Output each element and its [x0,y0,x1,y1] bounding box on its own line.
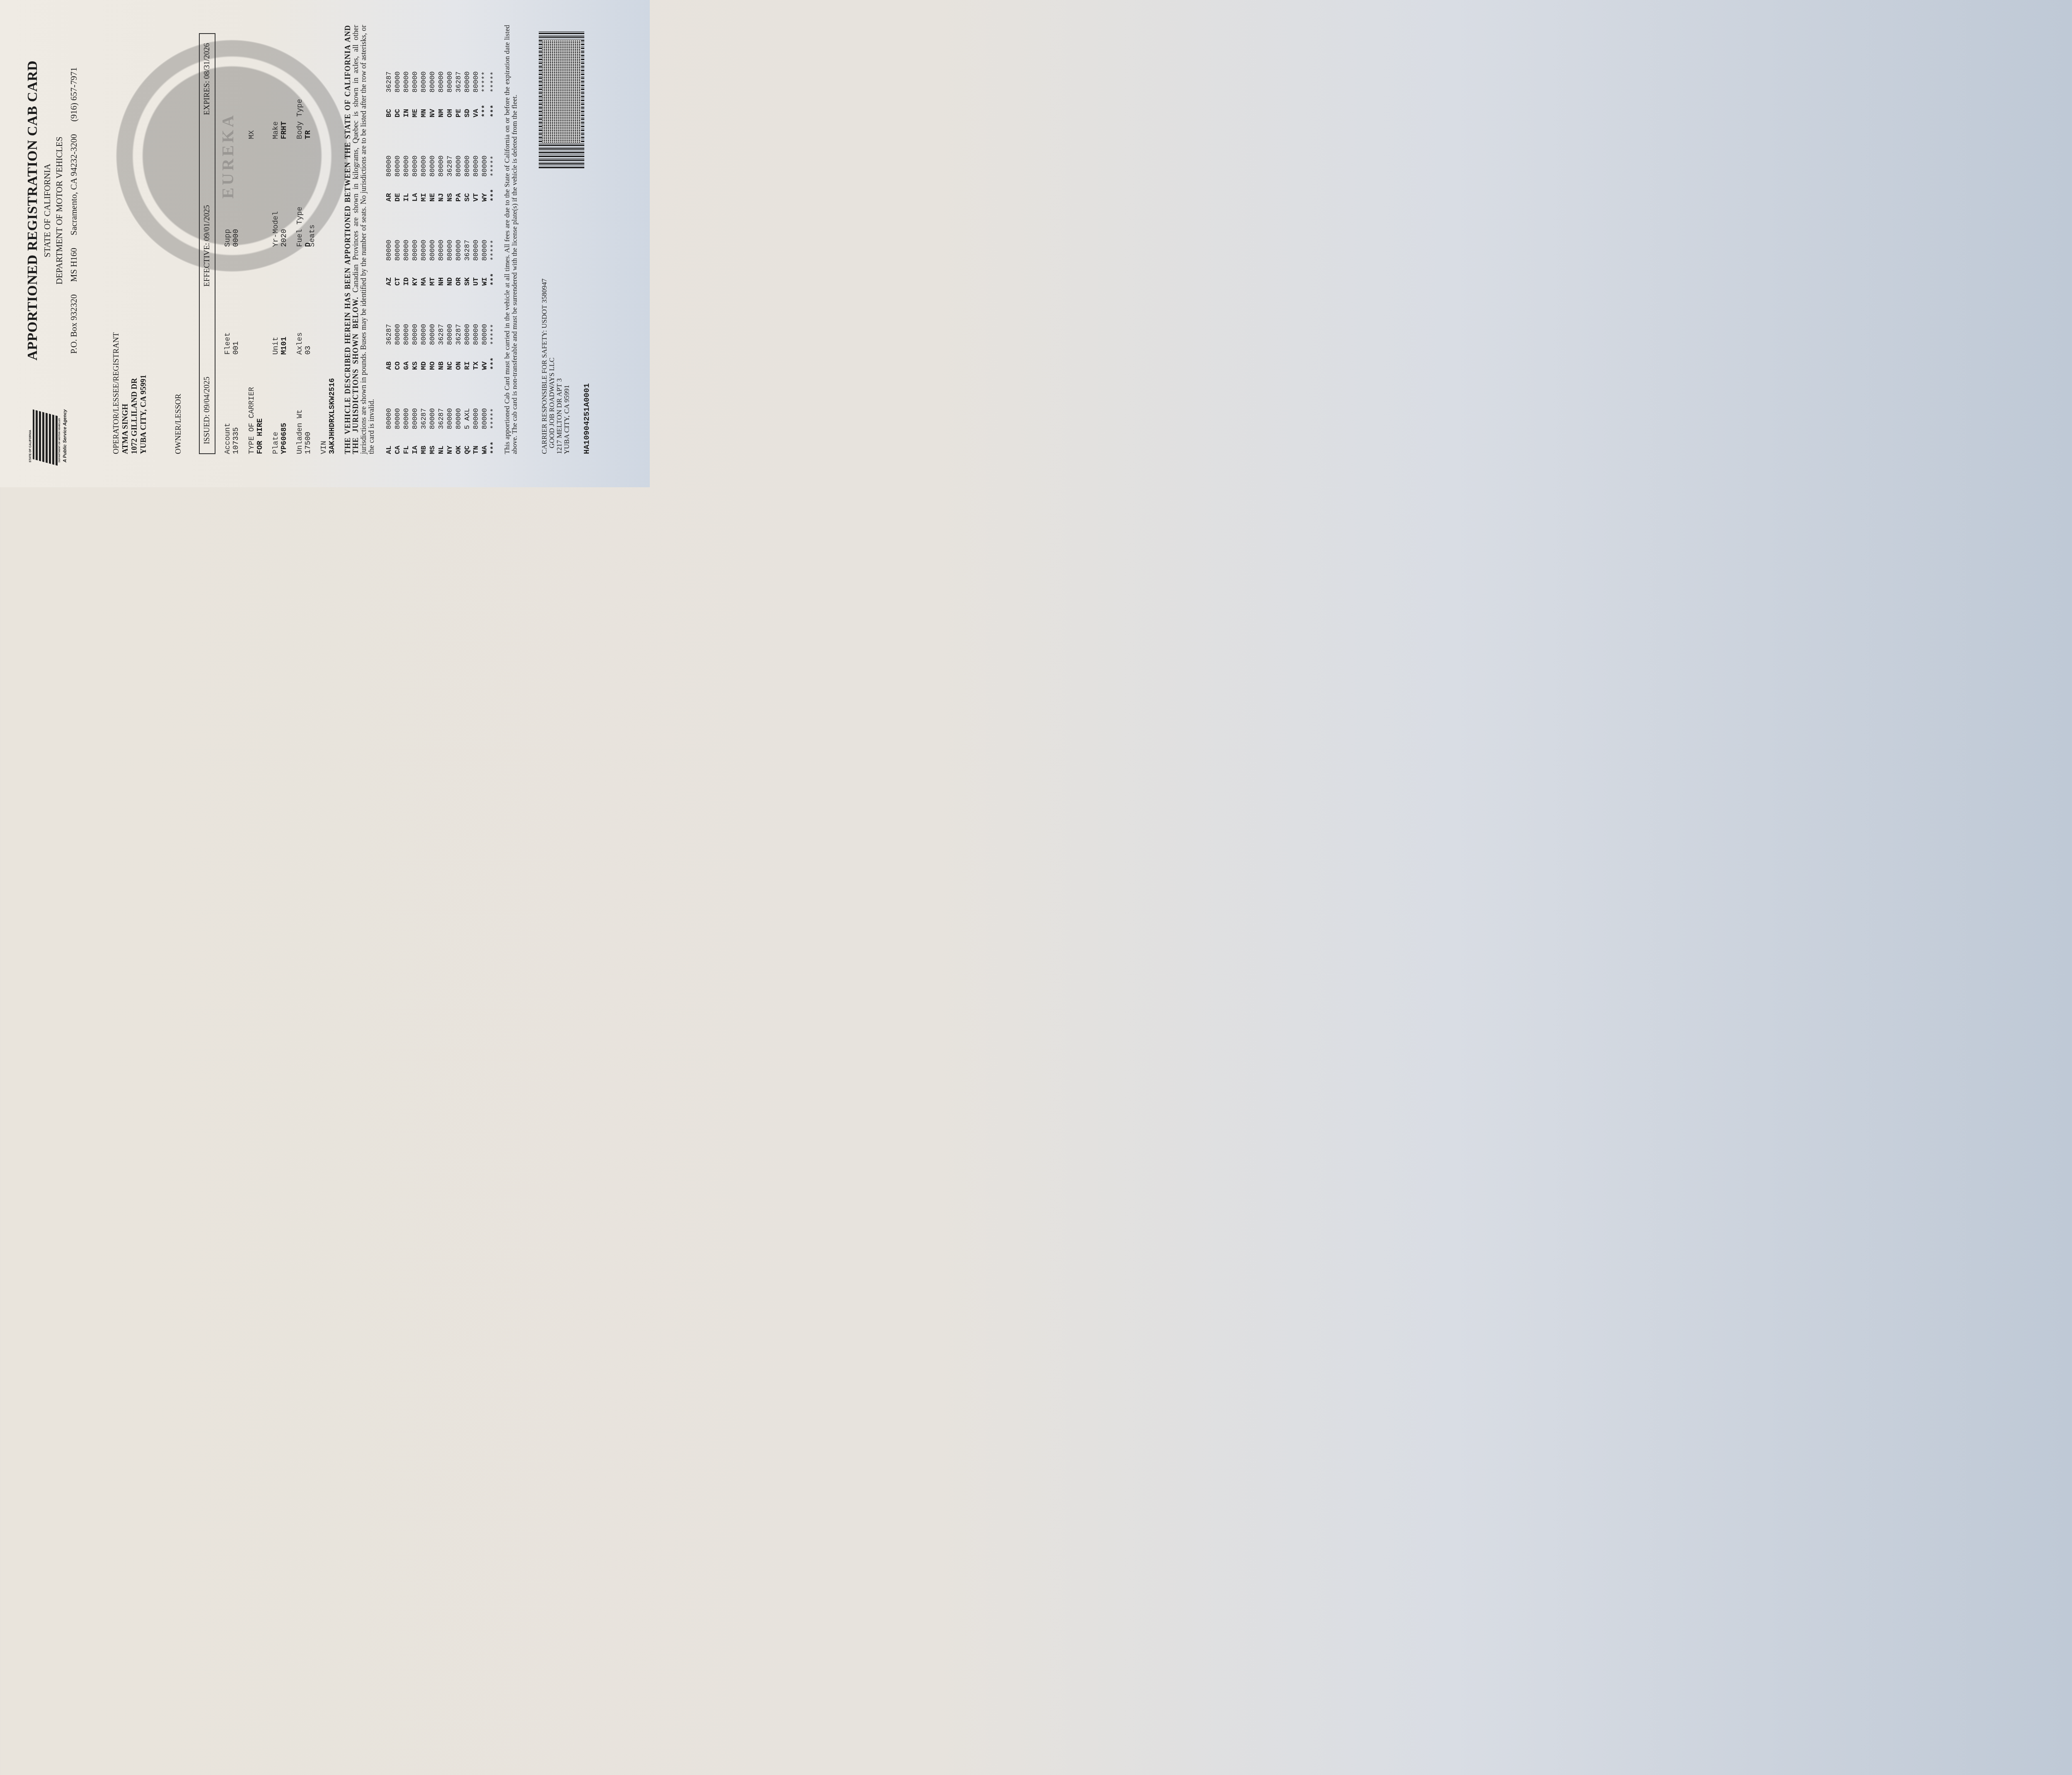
jurisdiction-row: AL80000 [385,370,394,454]
jurisdiction-code: DC [394,92,402,117]
jurisdiction-row: ******** [490,117,499,201]
jurisdiction-code: GA [403,345,411,370]
jurisdiction-row: WI80000 [481,201,490,285]
jurisdiction-weight: 80000 [472,71,480,92]
jurisdiction-code: IN [403,92,411,117]
document-title: APPORTIONED REGISTRATION CAB CARD [25,17,41,404]
jurisdiction-weight: 36287 [455,324,463,345]
jurisdiction-code: NJ [438,177,445,201]
jurisdiction-row: MO80000 [429,286,438,370]
jurisdiction-code: TN [472,429,480,454]
jurisdiction-code: NL [438,429,445,454]
operator-label: OPERATOR/LESSEE/REGISTRANT [112,332,121,454]
field-row: VIN 3AKJHHDRXLSKW2516 Seats [320,33,338,454]
jurisdiction-row: VA80000 [472,33,481,117]
jurisdiction-row: TX80000 [472,286,481,370]
jurisdiction-weight: 80000 [481,324,489,345]
jurisdiction-code: WY [481,177,489,201]
jurisdiction-code: BC [385,92,393,117]
jurisdiction-row: ND80000 [446,201,455,285]
jurisdiction-weight: ***** [490,71,498,92]
jurisdiction-column: AL80000CA80000FL80000IA80000MB36287MS800… [385,370,499,454]
jurisdiction-weight: 80000 [403,155,411,177]
jurisdiction-table: AL80000CA80000FL80000IA80000MB36287MS800… [385,33,499,454]
logo-sub-text: DEPARTMENT OF MOTOR VEHICLES [58,409,61,462]
jurisdiction-code: FL [403,429,411,454]
jurisdiction-weight: 80000 [403,71,411,92]
dates-box: ISSUED: 09/04/2025 EFFECTIVE: 09/01/2025… [199,33,215,454]
jurisdiction-code: NS [446,177,454,201]
vin-field: VIN 3AKJHHDRXLSKW2516 [320,247,338,454]
paper-page: EUREKA STATE OF CALIFORNIA DEPARTMENT OF… [0,0,650,487]
jurisdiction-column: AB36287CO80000GA80000KS80000MD80000MO800… [385,286,499,370]
jurisdiction-row: OK80000 [455,370,464,454]
vehicle-fields: Account 107335 Fleet 001 Supp 0000 TYPE … [224,33,344,454]
jurisdiction-row: PA80000 [455,117,464,201]
jurisdiction-code: DE [394,177,402,201]
jurisdiction-code: PA [455,177,463,201]
jurisdiction-weight: 80000 [446,324,454,345]
po-box: P.O. Box 932320 [69,294,79,354]
dmv-logo-icon [33,409,58,466]
jurisdiction-weight: 36287 [438,324,445,345]
jurisdiction-weight: 80000 [438,240,445,261]
account-field: Account 107335 [224,355,242,454]
jurisdiction-row: PE36287 [455,33,464,117]
jurisdiction-row: ******** [481,33,490,117]
jurisdiction-row: AR80000 [385,117,394,201]
jurisdiction-row: ******** [490,286,499,370]
jurisdiction-row: AZ80000 [385,201,394,285]
jurisdiction-code: NM [438,92,445,117]
jurisdiction-row: IN80000 [403,33,411,117]
jurisdiction-code: MI [420,177,428,201]
jurisdiction-row: KY80000 [411,201,420,285]
jurisdiction-code: WV [481,345,489,370]
jurisdiction-weight: 80000 [455,408,463,429]
jurisdiction-code: MO [429,345,437,370]
jurisdiction-weight: 80000 [411,408,419,429]
jurisdiction-weight: 80000 [481,408,489,429]
jurisdiction-row: WY80000 [481,117,490,201]
jurisdiction-row: GA80000 [403,286,411,370]
jurisdiction-code: QC [464,429,472,454]
jurisdiction-code: AB [385,345,393,370]
jurisdiction-code: WA [481,429,489,454]
jurisdiction-row: LA80000 [411,117,420,201]
jurisdiction-row: WV80000 [481,286,490,370]
carrier-type-field: TYPE OF CARRIER FOR HIRE [248,355,266,454]
yr-model-field: Yr-Model 2020 [272,139,290,247]
jurisdiction-weight: 80000 [411,240,419,261]
jurisdiction-code: MD [420,345,428,370]
jurisdiction-weight: 36287 [464,240,472,261]
jurisdiction-row: CO80000 [394,286,403,370]
jurisdiction-code: *** [490,92,498,117]
jurisdiction-code: VA [472,92,480,117]
jurisdiction-code: CA [394,429,402,454]
state-name: STATE OF CALIFORNIA [42,17,53,404]
jurisdiction-weight: 80000 [472,324,480,345]
jurisdiction-code: NH [438,261,445,286]
department-name: DEPARTMENT OF MOTOR VEHICLES [54,17,65,404]
cab-card-notice: This apportioned Cab Card must be carrie… [503,25,518,454]
jurisdiction-weight: 80000 [411,324,419,345]
jurisdiction-weight: 80000 [446,71,454,92]
supp-field: Supp 0000 [224,139,242,247]
jurisdiction-row: SD80000 [464,33,472,117]
jurisdiction-row: DC80000 [394,33,403,117]
jurisdiction-weight: 36287 [385,71,393,92]
jurisdiction-code: *** [490,429,498,454]
jurisdiction-row: MB36287 [420,370,429,454]
jurisdiction-code: LA [411,177,419,201]
jurisdiction-weight: 80000 [438,71,445,92]
jurisdiction-code: SK [464,261,472,286]
jurisdiction-code: MS [429,429,437,454]
jurisdiction-code: OK [455,429,463,454]
jurisdiction-weight: 80000 [446,240,454,261]
carrier-label: CARRIER RESPONSIBLE FOR SAFETY: USDOT 35… [541,278,548,454]
jurisdiction-code: WI [481,261,489,286]
jurisdiction-code: IL [403,177,411,201]
jurisdiction-weight: 80000 [438,155,445,177]
jurisdiction-weight: 80000 [420,155,428,177]
jurisdiction-weight: 80000 [464,155,472,177]
carrier-name: GOOD JOB ROADWAYS LLC [548,278,556,454]
jurisdiction-code: SC [464,177,472,201]
agency-address: P.O. Box 932320 MS H160 Sacramento, CA 9… [69,17,79,404]
jurisdiction-row: OR80000 [455,201,464,285]
jurisdiction-weight: 80000 [394,155,402,177]
jurisdiction-weight: 80000 [429,155,437,177]
jurisdiction-row: MS80000 [429,370,438,454]
jurisdiction-row: BC36287 [385,33,394,117]
jurisdiction-code: NV [429,92,437,117]
jurisdiction-weight: 80000 [411,71,419,92]
jurisdiction-code: MA [420,261,428,286]
jurisdiction-code: ND [446,261,454,286]
jurisdiction-weight: 80000 [429,324,437,345]
jurisdiction-row: NL36287 [438,370,446,454]
jurisdiction-weight: 80000 [472,408,480,429]
jurisdiction-weight: 80000 [429,71,437,92]
apportionment-notice: THE VEHICLE DESCRIBED HEREIN HAS BEEN AP… [344,25,375,454]
carrier-city: YUBA CITY, CA 95991 [563,278,571,454]
jurisdiction-code: KS [411,345,419,370]
jurisdiction-row: DE80000 [394,117,403,201]
jurisdiction-row: OH80000 [446,33,455,117]
jurisdiction-row: UT80000 [472,201,481,285]
jurisdiction-weight: 36287 [385,324,393,345]
jurisdiction-column: AR80000DE80000IL80000LA80000MI80000NE800… [385,117,499,201]
jurisdiction-weight: 80000 [385,240,393,261]
logo-top-text: STATE OF CALIFORNIA [29,409,32,462]
jurisdiction-column: AZ80000CT80000ID80000KY80000MA80000MT800… [385,201,499,285]
jurisdiction-code: AZ [385,261,393,286]
jurisdiction-row: NY80000 [446,370,455,454]
jurisdiction-weight: 80000 [464,71,472,92]
jurisdiction-weight: 5 AXL [464,408,472,429]
mail-stop: MS H160 [69,248,79,282]
jurisdiction-code: ID [403,261,411,286]
operator-street: 1072 GILLILAND DR [130,332,139,454]
cab-card-document: EUREKA STATE OF CALIFORNIA DEPARTMENT OF… [0,0,650,487]
jurisdiction-row: TN80000 [472,370,481,454]
jurisdiction-weight: 80000 [385,408,393,429]
jurisdiction-code: NY [446,429,454,454]
jurisdiction-code: CO [394,345,402,370]
jurisdiction-weight: 80000 [429,408,437,429]
jurisdiction-row: NM80000 [438,33,446,117]
jurisdiction-column: BC36287DC80000IN80000ME80000MN80000NV800… [385,33,499,117]
agency-city: Sacramento, CA 94232-3200 [69,134,79,235]
jurisdiction-code: CT [394,261,402,286]
jurisdiction-row: IA80000 [411,370,420,454]
jurisdiction-row: NJ80000 [438,117,446,201]
jurisdiction-weight: 80000 [411,155,419,177]
dmv-logo: STATE OF CALIFORNIA DEPARTMENT OF MOTOR … [29,409,68,462]
jurisdiction-code: *** [490,261,498,286]
jurisdiction-code: *** [490,177,498,201]
jurisdiction-row: ******** [490,201,499,285]
jurisdiction-row: ******** [490,33,499,117]
jurisdiction-weight: ***** [481,71,489,92]
jurisdiction-code: OH [446,92,454,117]
logo-tagline: A Public Service Agency [63,409,68,462]
jurisdiction-code: TX [472,345,480,370]
jurisdiction-row: ON36287 [455,286,464,370]
plate-field: Plate YP60685 [272,355,290,454]
jurisdiction-row: RI80000 [464,286,472,370]
effective-date: EFFECTIVE: 09/01/2025 [203,205,212,287]
jurisdiction-weight: 80000 [420,324,428,345]
jurisdiction-weight: ***** [490,324,498,345]
jurisdiction-row: MT80000 [429,201,438,285]
owner-label: OWNER/LESSOR [174,394,183,454]
jurisdiction-weight: 36287 [420,408,428,429]
jurisdiction-row: AB36287 [385,286,394,370]
jurisdiction-weight: 80000 [472,240,480,261]
jurisdiction-row: CT80000 [394,201,403,285]
jurisdiction-code: AR [385,177,393,201]
jurisdiction-weight: 80000 [420,240,428,261]
jurisdiction-row: NV80000 [429,33,438,117]
operator-city: YUBA CITY, CA 95991 [139,332,148,454]
document-header: APPORTIONED REGISTRATION CAB CARD STATE … [25,17,79,404]
jurisdiction-weight: 80000 [464,324,472,345]
jurisdiction-row: NE80000 [429,117,438,201]
jurisdiction-weight: 80000 [455,155,463,177]
carrier-street: 1217 MELTON DR APT 3 [556,278,563,454]
jurisdiction-row: NS36287 [446,117,455,201]
jurisdiction-code: *** [481,92,489,117]
jurisdiction-row: ID80000 [403,201,411,285]
operator-name: ATMA SINGH [121,332,130,454]
jurisdiction-weight: ***** [490,408,498,429]
jurisdiction-row: MA80000 [420,201,429,285]
jurisdiction-row: MD80000 [420,286,429,370]
jurisdiction-row: CA80000 [394,370,403,454]
expires-date: EXPIRES: 08/31/2026 [203,43,212,115]
jurisdiction-weight: 80000 [481,240,489,261]
agency-phone: (916) 657-7971 [69,67,79,121]
jurisdiction-code: PE [455,92,463,117]
jurisdiction-weight: 80000 [403,240,411,261]
jurisdiction-code: VT [472,177,480,201]
carrier-block: CARRIER RESPONSIBLE FOR SAFETY: USDOT 35… [541,278,571,454]
jurisdiction-row: ******** [490,370,499,454]
fleet-field: Fleet 001 [224,247,242,355]
jurisdiction-code: AL [385,429,393,454]
operator-block: OPERATOR/LESSEE/REGISTRANT ATMA SINGH 10… [112,332,148,454]
jurisdiction-row: WA80000 [481,370,490,454]
jurisdiction-weight: 80000 [429,240,437,261]
jurisdiction-weight: ***** [490,240,498,261]
jurisdiction-code: NC [446,345,454,370]
issued-date: ISSUED: 09/04/2025 [203,377,212,444]
field-row: TYPE OF CARRIER FOR HIRE MX [248,33,266,454]
jurisdiction-row: MN80000 [420,33,429,117]
jurisdiction-code: MT [429,261,437,286]
jurisdiction-weight: 80000 [472,155,480,177]
jurisdiction-code: NE [429,177,437,201]
jurisdiction-row: QC5 AXL [464,370,472,454]
jurisdiction-weight: 36287 [438,408,445,429]
jurisdiction-code: NB [438,345,445,370]
jurisdiction-code: MN [420,92,428,117]
make-field: Make FRHT [272,33,290,139]
body-type-field: Body Type TR [296,33,314,139]
jurisdiction-code: RI [464,345,472,370]
jurisdiction-weight: 80000 [394,408,402,429]
jurisdiction-row: SC80000 [464,117,472,201]
jurisdiction-weight: 80000 [420,71,428,92]
jurisdiction-code: *** [490,345,498,370]
jurisdiction-row: VT80000 [472,117,481,201]
unit-field: Unit M101 [272,247,290,355]
jurisdiction-code: UT [472,261,480,286]
seats-field: Seats [308,139,338,247]
jurisdiction-weight: 80000 [385,155,393,177]
jurisdiction-row: IL80000 [403,117,411,201]
jurisdiction-code: SD [464,92,472,117]
jurisdiction-weight: 80000 [455,240,463,261]
unladen-wt-field: Unladen Wt 17500 [296,355,314,454]
jurisdiction-row: ME80000 [411,33,420,117]
jurisdiction-code: IA [411,429,419,454]
jurisdiction-weight: 36287 [446,155,454,177]
pdf417-barcode-icon [539,31,584,168]
jurisdiction-weight: 80000 [446,408,454,429]
jurisdiction-code: KY [411,261,419,286]
jurisdiction-weight: 36287 [455,71,463,92]
jurisdiction-weight: 80000 [481,155,489,177]
jurisdiction-row: NB36287 [438,286,446,370]
jurisdiction-code: OR [455,261,463,286]
axles-field: Axles 03 [296,247,314,355]
jurisdiction-row: KS80000 [411,286,420,370]
jurisdiction-weight: 80000 [394,71,402,92]
document-id: HA10904251A0001 [582,383,591,454]
jurisdiction-weight: ***** [490,155,498,177]
jurisdiction-row: FL80000 [403,370,411,454]
jurisdiction-code: ME [411,92,419,117]
jurisdiction-row: NH80000 [438,201,446,285]
jurisdiction-row: MI80000 [420,117,429,201]
jurisdiction-code: ON [455,345,463,370]
jurisdiction-weight: 80000 [394,240,402,261]
field-row: Plate YP60685 Unit M101 Yr-Model 2020 Ma… [272,33,290,454]
mx-field: MX [248,33,266,139]
jurisdiction-row: SK36287 [464,201,472,285]
jurisdiction-weight: 80000 [403,408,411,429]
jurisdiction-weight: 80000 [403,324,411,345]
jurisdiction-weight: 80000 [394,324,402,345]
jurisdiction-row: NC80000 [446,286,455,370]
jurisdiction-code: MB [420,429,428,454]
field-row: Account 107335 Fleet 001 Supp 0000 [224,33,242,454]
